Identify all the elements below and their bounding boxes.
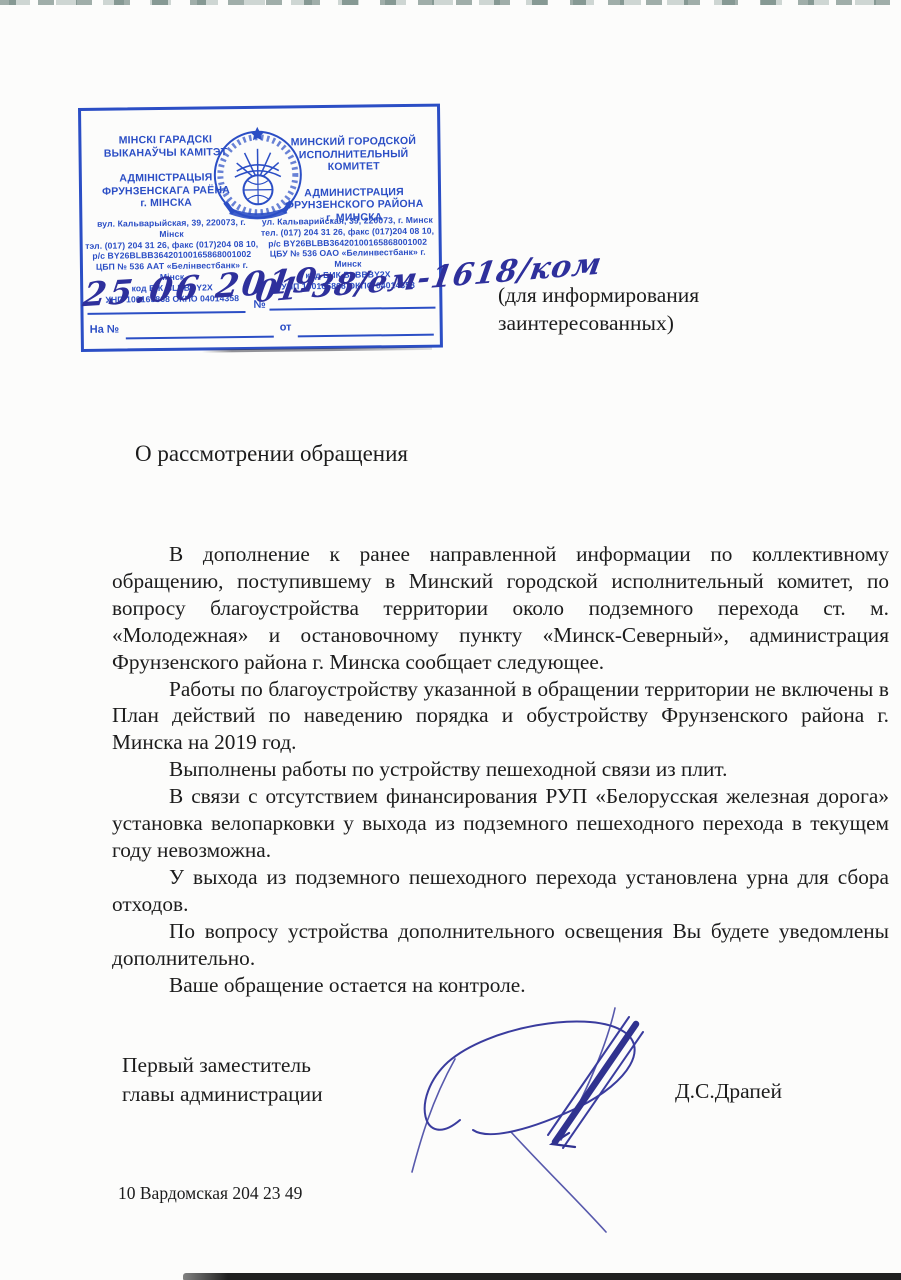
letterhead-stamp: МІНСКІ ГАРАДСКІ ВЫКАНАЎЧЫ КАМІТЭТ АДМІНІ… bbox=[78, 104, 443, 352]
scanner-noise-top bbox=[0, 0, 901, 5]
signature-autograph-icon bbox=[393, 1002, 683, 1242]
scanned-letter-page: МІНСКІ ГАРАДСКІ ВЫКАНАЎЧЫ КАМІТЭТ АДМІНІ… bbox=[0, 0, 901, 1280]
reply-date-underline bbox=[298, 334, 434, 338]
reply-number-underline bbox=[126, 336, 274, 340]
reply-to-number-label: На № bbox=[90, 324, 120, 336]
letter-body: В дополнение к ранее направленной информ… bbox=[112, 541, 889, 998]
signer-name: Д.С.Драпей bbox=[675, 1079, 782, 1104]
body-paragraph: Ваше обращение остается на контроле. bbox=[112, 972, 889, 999]
reply-date-label: от bbox=[280, 321, 292, 333]
scanner-noise-bottom-bar bbox=[183, 1273, 901, 1280]
body-paragraph: Работы по благоустройству указанной в об… bbox=[112, 676, 889, 757]
routing-annotation: (для информирования заинтересованных) bbox=[498, 281, 838, 337]
letter-subject: О рассмотрении обращения bbox=[135, 441, 408, 467]
executor-reference: 10 Вардомская 204 23 49 bbox=[118, 1183, 302, 1204]
body-paragraph: В дополнение к ранее направленной информ… bbox=[112, 541, 889, 676]
belarus-coat-of-arms-icon bbox=[209, 122, 306, 227]
number-underline bbox=[269, 307, 435, 311]
signer-position: Первый заместитель главы администрации bbox=[122, 1051, 323, 1108]
body-paragraph: У выхода из подземного пешеходного перех… bbox=[112, 864, 889, 918]
body-paragraph: Выполнены работы по устройству пешеходно… bbox=[112, 756, 889, 783]
body-paragraph: По вопросу устройства дополнительного ос… bbox=[112, 918, 889, 972]
body-paragraph: В связи с отсутствием финансирования РУП… bbox=[112, 783, 889, 864]
